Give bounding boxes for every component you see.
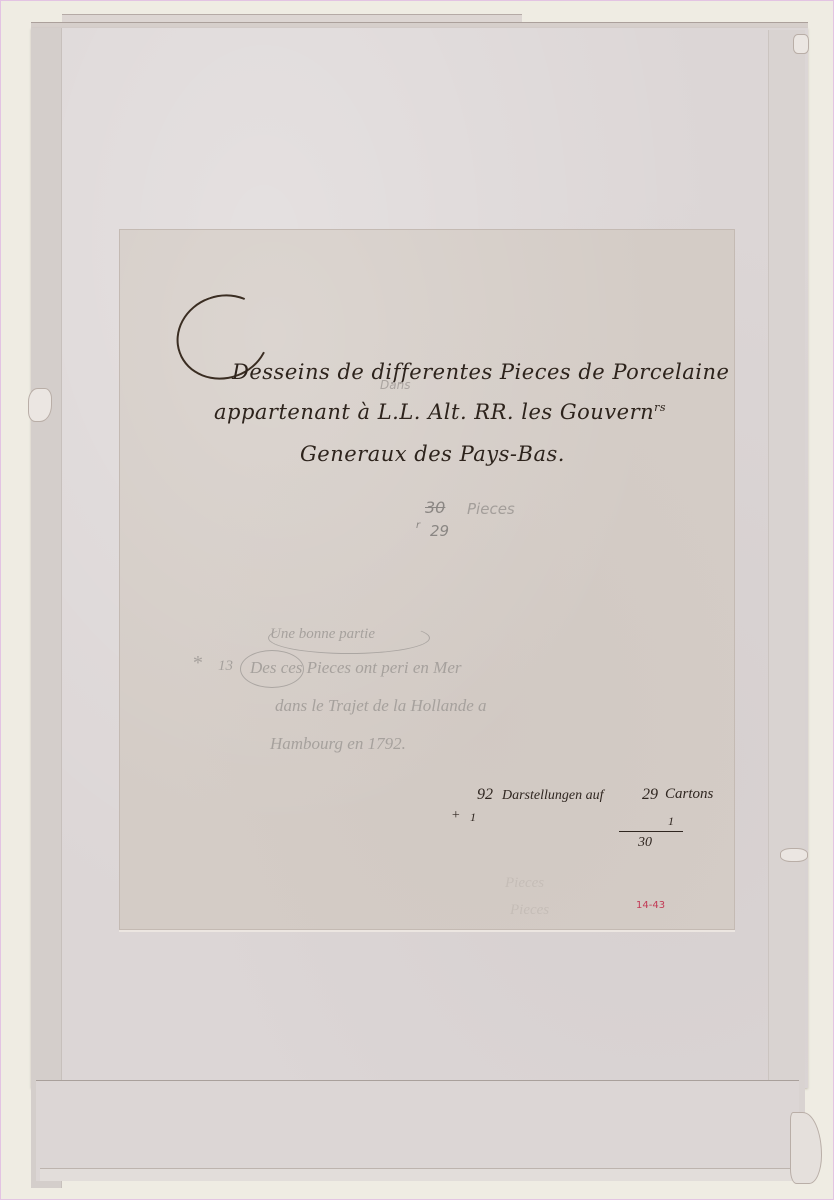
folder-bottom-flap xyxy=(36,1080,799,1181)
pencil-count-prefix: r xyxy=(416,520,420,531)
faint-note-line-4: Hambourg en 1792. xyxy=(270,734,406,754)
pencil-count-corrected: 29 xyxy=(430,522,449,540)
tally-count-cartons: 29 xyxy=(642,786,658,804)
manuscript-title-label: Desseins de differentes Pieces de Porcel… xyxy=(119,229,735,930)
tally-add-left: 1 xyxy=(470,810,476,825)
folder-right-flap xyxy=(768,30,805,1180)
calligraphic-title: Desseins de differentes Pieces de Porcel… xyxy=(120,230,734,929)
tally-add-right: 1 xyxy=(668,814,674,829)
faint-note-line-1: Une bonne partie xyxy=(270,626,375,643)
faint-note-line-2: Des ces Pieces ont peri en Mer xyxy=(250,658,461,678)
folder-left-flap xyxy=(31,28,62,1188)
tally-total: 30 xyxy=(638,835,652,851)
pencil-interlinear-word: Dans xyxy=(380,378,410,392)
right-edge-tear xyxy=(780,848,808,862)
tally-cartons-word: Cartons xyxy=(665,786,713,803)
tally-count-main: 92 xyxy=(477,786,493,804)
folder-bottom-torn-edge xyxy=(40,1168,795,1181)
inventory-number: 14-43 xyxy=(636,900,665,911)
pencil-word-pieces: Pieces xyxy=(467,500,515,518)
tally-text: Darstellungen auf xyxy=(502,788,604,804)
title-line-1: Desseins de differentes Pieces de Porcel… xyxy=(232,360,729,384)
faint-note-number: 13 xyxy=(218,658,233,675)
faint-note-asterisk: * xyxy=(192,652,202,675)
bottom-right-corner-fold xyxy=(790,1112,822,1184)
bleed-through-text-1: Pieces xyxy=(505,875,544,892)
title-line-2-text: appartenant à L.L. Alt. RR. les Gouvern xyxy=(214,400,654,424)
tally-sum-rule xyxy=(619,831,683,832)
tally-plus-sign: + xyxy=(451,808,460,824)
bleed-through-text-2: Pieces xyxy=(510,902,549,919)
title-line-3: Generaux des Pays-Bas. xyxy=(300,442,565,466)
faint-note-line-3: dans le Trajet de la Hollande a xyxy=(275,696,487,716)
top-right-corner-tear xyxy=(793,34,809,54)
pencil-count-crossed: 30 xyxy=(425,498,445,517)
left-edge-tear xyxy=(28,388,52,422)
title-superscript: rs xyxy=(654,401,666,414)
title-line-2: appartenant à L.L. Alt. RR. les Gouvernr… xyxy=(214,400,666,424)
